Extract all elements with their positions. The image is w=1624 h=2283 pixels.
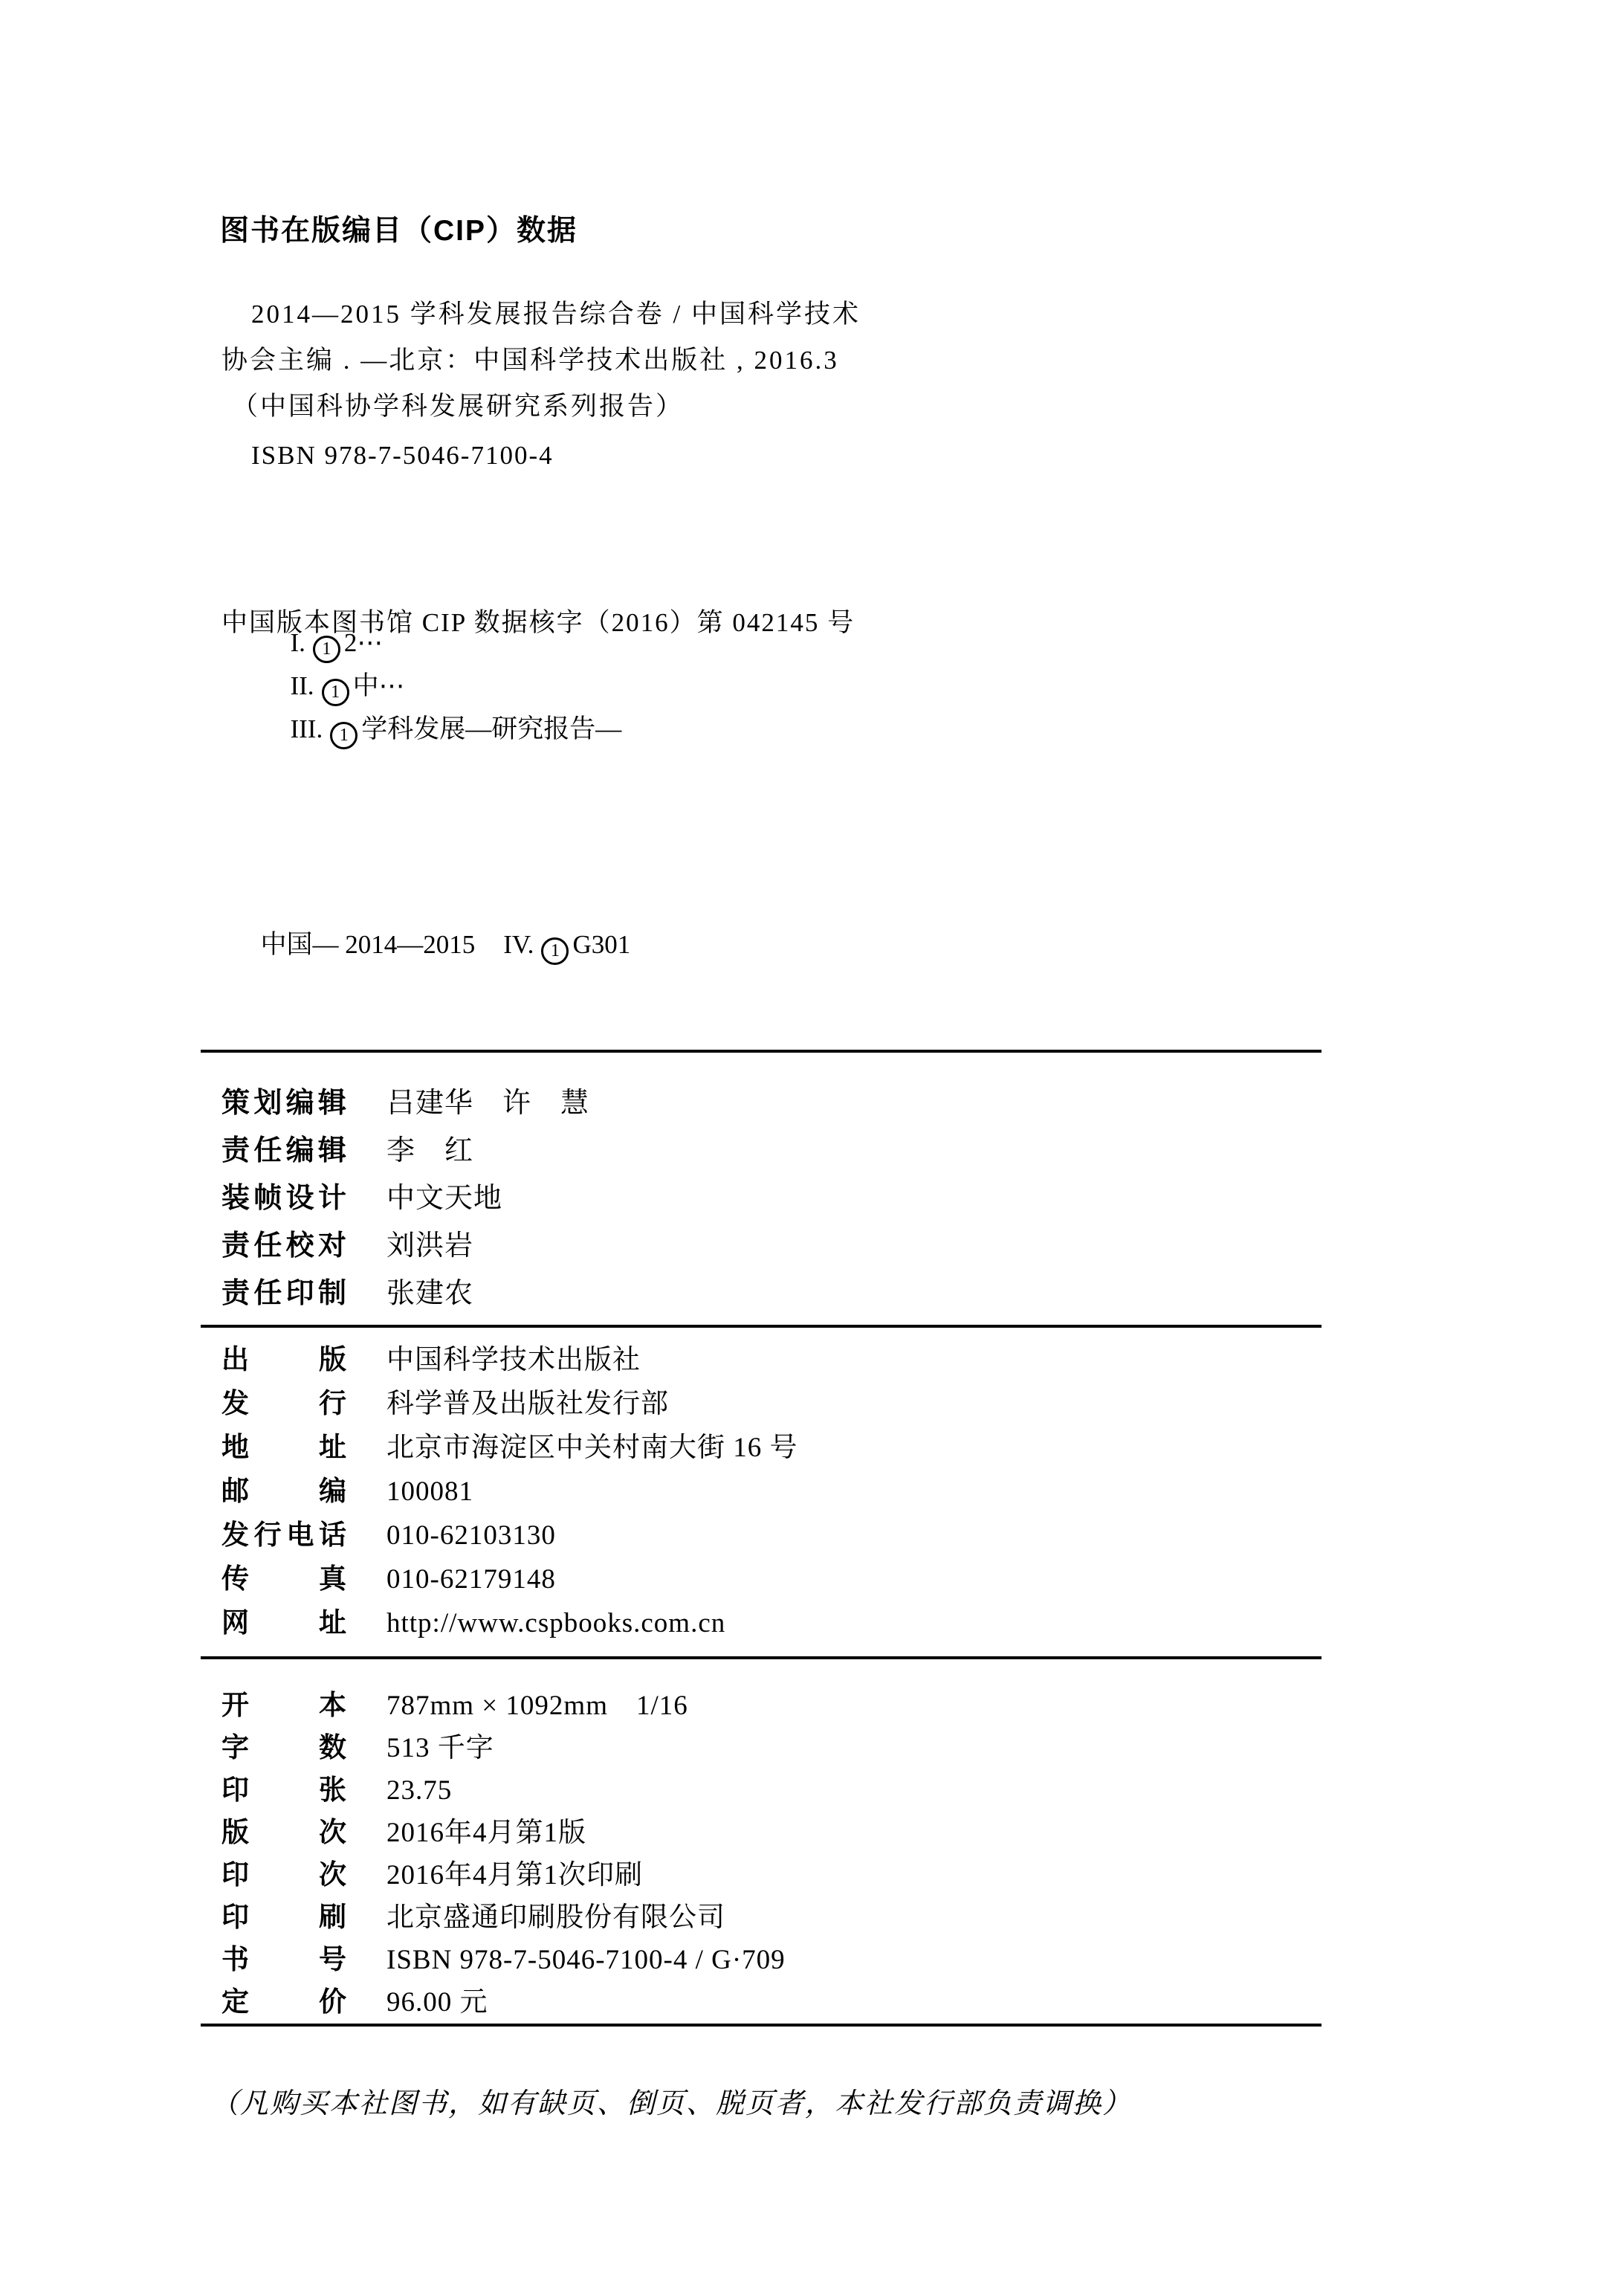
staff-name-value: 中文天地 — [386, 1175, 502, 1222]
printing-field-label: 印次 — [221, 1853, 346, 1896]
staff-role-label: 策划编辑 — [221, 1079, 346, 1127]
publisher-field-label: 网址 — [221, 1601, 346, 1644]
classification-text-ii: 中⋯ — [353, 671, 405, 700]
divider-line — [201, 1050, 1321, 1053]
staff-row: 责任校对刘洪岩 — [221, 1222, 589, 1270]
staff-role-label: 装帧设计 — [221, 1175, 346, 1222]
printing-field-label: 字数 — [221, 1726, 346, 1769]
circled-one-icon: 1 — [541, 937, 569, 965]
printing-field-value: 787mm × 1092mm 1/16 — [386, 1685, 688, 1727]
publisher-row: 网址http://www.cspbooks.com.cn — [221, 1601, 798, 1644]
classification-item-iv: IV.1G301 — [503, 930, 630, 959]
publisher-field-label: 传真 — [221, 1557, 346, 1601]
circled-one-icon: 1 — [330, 722, 358, 749]
printing-field-value: 23.75 — [386, 1769, 452, 1812]
classification-item-ii: II.1中⋯ — [291, 671, 405, 700]
divider-line — [201, 2024, 1321, 2027]
roman-numeral-iii: III. — [291, 714, 323, 743]
classification-line-2: 中国— 2014—2015IV.1G301 — [221, 880, 1188, 1010]
roman-numeral-ii: II. — [291, 671, 314, 700]
staff-name-value: 李 红 — [386, 1127, 473, 1175]
divider-line — [201, 1325, 1321, 1328]
publisher-field-value: 中国科学技术出版社 — [386, 1338, 641, 1382]
classification-text-iii: 学科发展—研究报告— — [361, 714, 621, 743]
staff-row: 责任印制张建农 — [221, 1270, 589, 1317]
staff-name-value: 吕建华 许 慧 — [386, 1079, 589, 1127]
publisher-row: 发行电话010-62103130 — [221, 1513, 798, 1557]
publisher-field-label: 邮编 — [221, 1469, 346, 1513]
classification-wrap-text: 中国— 2014—2015 — [261, 930, 476, 959]
cip-title-line: 2014—2015 学科发展报告综合卷 / 中国科学技术 — [221, 291, 1076, 338]
publisher-field-value: 010-62103130 — [386, 1514, 556, 1557]
staff-row: 责任编辑李 红 — [221, 1127, 589, 1175]
staff-row: 装帧设计中文天地 — [221, 1175, 589, 1222]
roman-numeral-iv: IV. — [503, 930, 534, 959]
publisher-field-label: 地址 — [221, 1425, 346, 1469]
printing-row: 版次2016年4月第1版 — [221, 1811, 786, 1853]
publisher-row: 传真010-62179148 — [221, 1557, 798, 1601]
publisher-row: 地址北京市海淀区中关村南大街 16 号 — [221, 1425, 798, 1469]
classification-item-iii: III.1学科发展—研究报告— — [291, 714, 622, 743]
circled-one-icon: 1 — [313, 636, 340, 663]
printing-row: 书号ISBN 978-7-5046-7100-4 / G·709 — [221, 1938, 786, 1980]
printing-price-value: 96.00 元 — [386, 1981, 488, 2024]
divider-line — [201, 1656, 1321, 1659]
publisher-field-value: 010-62179148 — [386, 1557, 556, 1601]
publisher-field-value: 100081 — [386, 1470, 473, 1514]
publisher-row: 邮编100081 — [221, 1469, 798, 1513]
printing-row: 定价96.00 元 — [221, 1980, 786, 2023]
printing-row: 开本787mm × 1092mm 1/16 — [221, 1684, 786, 1726]
staff-role-label: 责任印制 — [221, 1270, 346, 1317]
page-title: 图书在版编目（CIP）数据 — [220, 214, 578, 248]
printing-row: 印张23.75 — [221, 1769, 786, 1811]
publisher-url-value: http://www.cspbooks.com.cn — [386, 1601, 725, 1645]
staff-credits-list: 策划编辑吕建华 许 慧 责任编辑李 红 装帧设计中文天地 责任校对刘洪岩 责任印… — [221, 1079, 589, 1317]
publisher-row: 出版中国科学技术出版社 — [221, 1337, 798, 1381]
publisher-row: 发行科学普及出版社发行部 — [221, 1381, 798, 1425]
printing-field-value: 513 千字 — [386, 1727, 494, 1769]
cip-publisher-line: 协会主编 . —北京：中国科学技术出版社 , 2016.3 — [221, 338, 1076, 384]
printing-field-label: 书号 — [221, 1938, 346, 1980]
publisher-field-value: 北京市海淀区中关村南大街 16 号 — [386, 1426, 798, 1470]
printing-field-label: 印张 — [221, 1769, 346, 1811]
printing-field-label: 印刷 — [221, 1896, 346, 1938]
publisher-field-label: 发行 — [221, 1381, 346, 1425]
circled-one-icon: 1 — [322, 679, 349, 706]
cip-classification: I.12⋯ II.1中⋯ III.1学科发展—研究报告— 中国— 2014—20… — [221, 492, 1188, 1096]
printing-field-value: 北京盛通印刷股份有限公司 — [386, 1896, 725, 1939]
publisher-field-label: 发行电话 — [221, 1513, 346, 1557]
cip-record-number: 中国版本图书馆 CIP 数据核字（2016）第 042145 号 — [221, 607, 855, 639]
publisher-field-value: 科学普及出版社发行部 — [386, 1382, 669, 1426]
classification-text-iv: G301 — [572, 930, 630, 959]
printing-field-label: 定价 — [221, 1980, 346, 2023]
cip-isbn: ISBN 978-7-5046-7100-4 — [221, 433, 1076, 479]
cip-copyright-page: 图书在版编目（CIP）数据 2014—2015 学科发展报告综合卷 / 中国科学… — [0, 0, 1624, 2283]
cip-description: 2014—2015 学科发展报告综合卷 / 中国科学技术 协会主编 . —北京：… — [221, 291, 1076, 479]
staff-name-value: 刘洪岩 — [386, 1222, 473, 1270]
staff-row: 策划编辑吕建华 许 慧 — [221, 1079, 589, 1127]
staff-role-label: 责任编辑 — [221, 1127, 346, 1175]
printing-field-value: 2016年4月第1版 — [386, 1812, 586, 1854]
printing-field-label: 版次 — [221, 1811, 346, 1853]
printing-spec-list: 开本787mm × 1092mm 1/16 字数513 千字 印张23.75 版… — [221, 1684, 786, 2023]
staff-name-value: 张建农 — [386, 1270, 473, 1317]
printing-field-label: 开本 — [221, 1684, 346, 1726]
printing-field-value: 2016年4月第1次印刷 — [386, 1854, 643, 1896]
staff-role-label: 责任校对 — [221, 1222, 346, 1270]
publisher-field-label: 出版 — [221, 1337, 346, 1381]
printing-row: 字数513 千字 — [221, 1726, 786, 1769]
printing-isbn-value: ISBN 978-7-5046-7100-4 / G·709 — [386, 1939, 786, 1981]
publisher-info-list: 出版中国科学技术出版社 发行科学普及出版社发行部 地址北京市海淀区中关村南大街 … — [221, 1337, 798, 1644]
exchange-notice: （凡购买本社图书，如有缺页、倒页、脱页者，本社发行部负责调换） — [210, 2086, 1132, 2122]
printing-row: 印次2016年4月第1次印刷 — [221, 1853, 786, 1896]
cip-series-line: （中国科协学科发展研究系列报告） — [221, 384, 1076, 430]
printing-row: 印刷北京盛通印刷股份有限公司 — [221, 1896, 786, 1938]
